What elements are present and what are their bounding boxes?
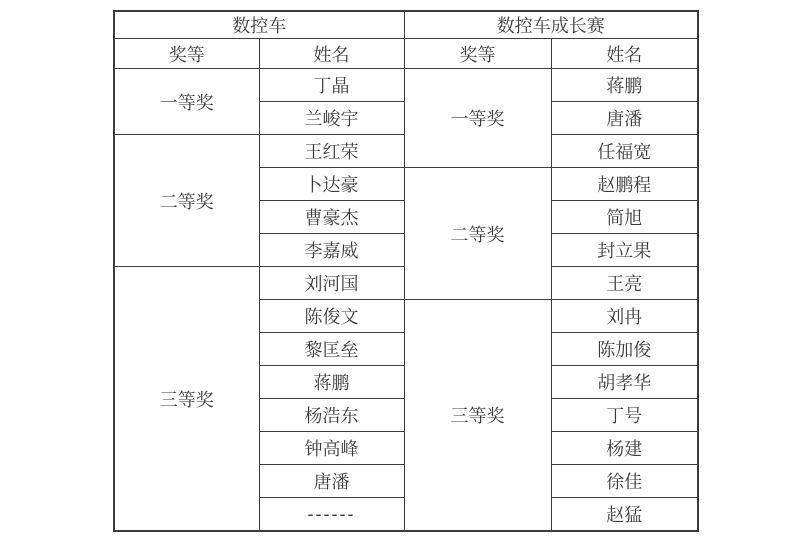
name-cell: 陈俊文 (259, 300, 404, 333)
award-cell-left-first: 一等奖 (114, 69, 259, 135)
column-header-name-left: 姓名 (259, 39, 404, 69)
name-cell: 兰峻宇 (259, 102, 404, 135)
name-cell: 陈加俊 (551, 333, 698, 366)
section-title-left: 数控车 (114, 11, 404, 39)
award-cell-right-second: 二等奖 (404, 168, 551, 300)
name-cell: 唐潘 (551, 102, 698, 135)
table-row: 一等奖 丁晶 一等奖 蒋鹏 (114, 69, 698, 102)
name-cell: 卜达豪 (259, 168, 404, 201)
award-cell-right-third: 三等奖 (404, 300, 551, 532)
table-row: 奖等 姓名 奖等 姓名 (114, 39, 698, 69)
column-header-name-right: 姓名 (551, 39, 698, 69)
column-header-award-left: 奖等 (114, 39, 259, 69)
name-cell: 丁号 (551, 399, 698, 432)
award-cell-left-third: 三等奖 (114, 267, 259, 532)
award-results-table: 数控车 数控车成长赛 奖等 姓名 奖等 姓名 一等奖 丁晶 一等奖 蒋鹏 兰峻宇… (113, 10, 699, 532)
name-cell: 黎匡垒 (259, 333, 404, 366)
award-cell-right-first: 一等奖 (404, 69, 551, 168)
name-cell: 丁晶 (259, 69, 404, 102)
name-cell: 赵猛 (551, 498, 698, 532)
name-cell: 封立果 (551, 234, 698, 267)
name-cell: 李嘉威 (259, 234, 404, 267)
document-page: 数控车 数控车成长赛 奖等 姓名 奖等 姓名 一等奖 丁晶 一等奖 蒋鹏 兰峻宇… (0, 0, 810, 550)
name-cell: 王亮 (551, 267, 698, 300)
award-cell-left-second: 二等奖 (114, 135, 259, 267)
name-cell: 蒋鹏 (551, 69, 698, 102)
name-cell: 唐潘 (259, 465, 404, 498)
name-cell: 蒋鹏 (259, 366, 404, 399)
name-cell: 任福宽 (551, 135, 698, 168)
name-cell: 王红荣 (259, 135, 404, 168)
table-row: 数控车 数控车成长赛 (114, 11, 698, 39)
name-cell-placeholder: ------ (259, 498, 404, 532)
name-cell: 杨建 (551, 432, 698, 465)
name-cell: 徐佳 (551, 465, 698, 498)
name-cell: 曹豪杰 (259, 201, 404, 234)
name-cell: 刘冉 (551, 300, 698, 333)
column-header-award-right: 奖等 (404, 39, 551, 69)
name-cell: 钟高峰 (259, 432, 404, 465)
name-cell: 简旭 (551, 201, 698, 234)
name-cell: 刘河国 (259, 267, 404, 300)
name-cell: 杨浩东 (259, 399, 404, 432)
name-cell: 胡孝华 (551, 366, 698, 399)
name-cell: 赵鹏程 (551, 168, 698, 201)
section-title-right: 数控车成长赛 (404, 11, 698, 39)
